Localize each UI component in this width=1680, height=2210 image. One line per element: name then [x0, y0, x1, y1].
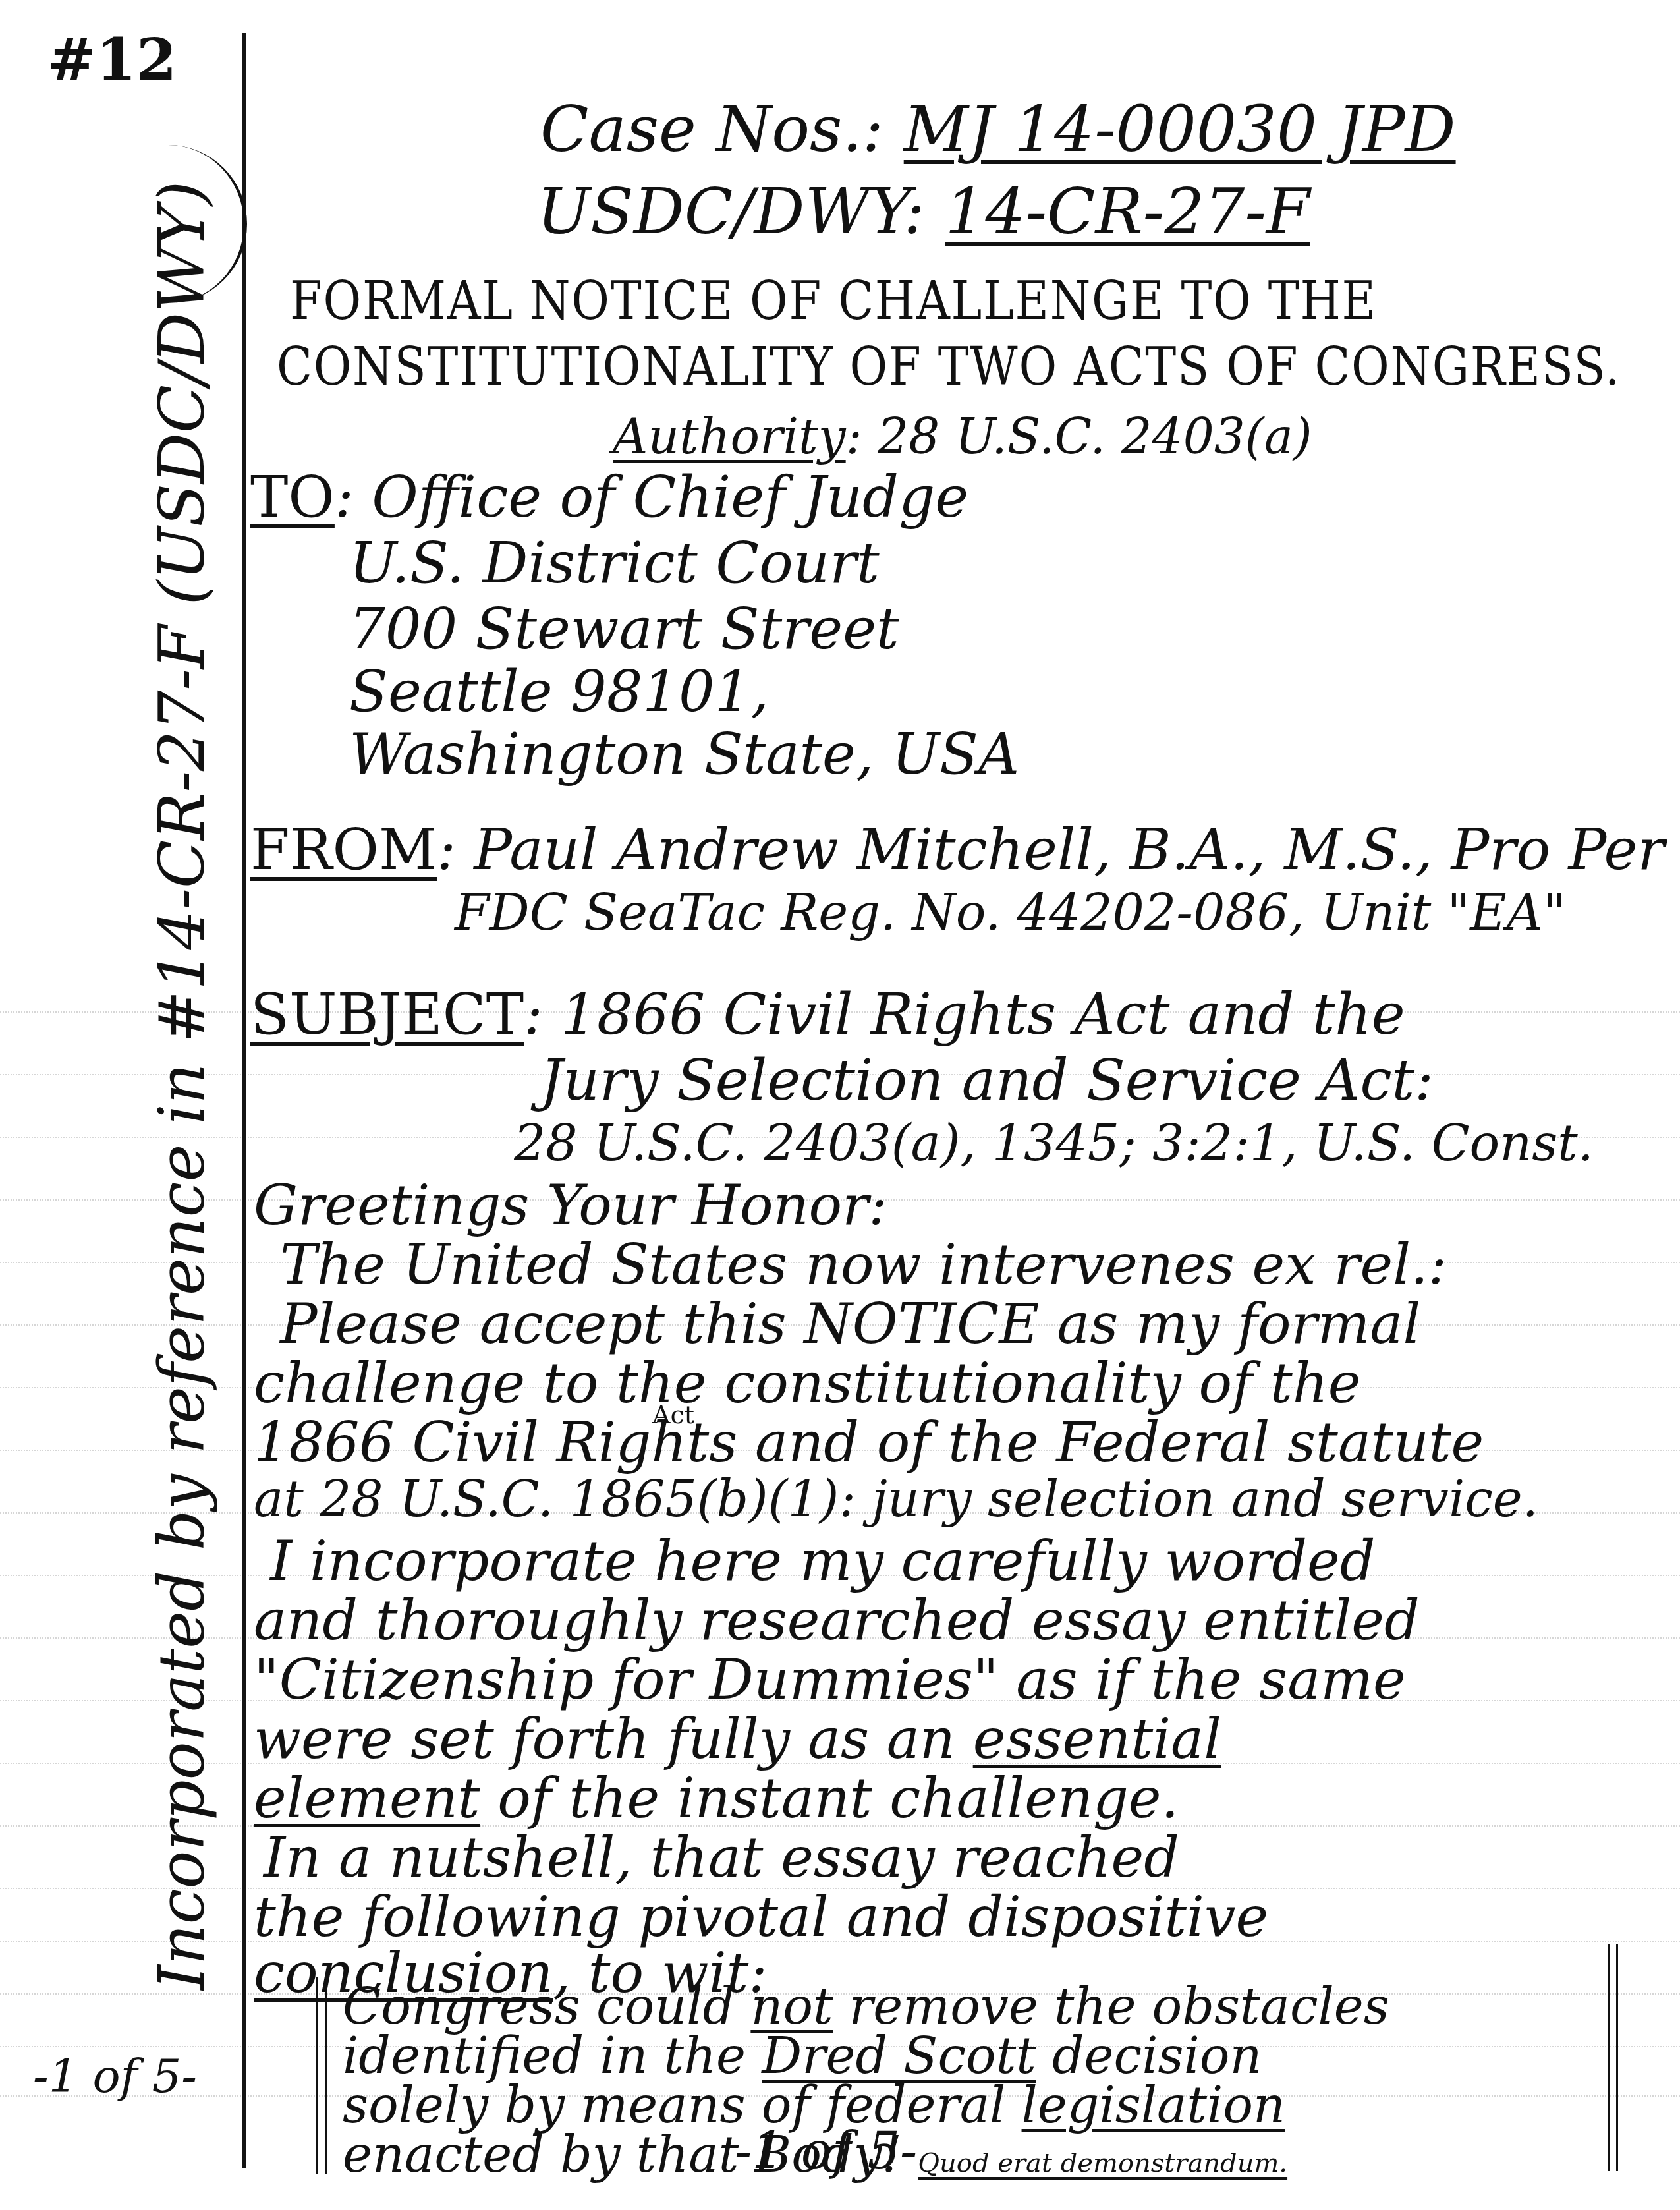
- to-label: TO: [250, 465, 335, 530]
- handwritten-page: #12 Case Nos.: MJ 14-00030 JPD USDC/DWY:…: [0, 0, 1680, 2210]
- page-marker-left: -1 of 5-: [33, 2049, 197, 2103]
- case-number-line: Case Nos.: MJ 14-00030 JPD: [540, 92, 1456, 166]
- authority-line: Authority: 28 U.S.C. 2403(a): [613, 409, 1312, 465]
- body-line: the following pivotal and dispositive: [254, 1884, 1268, 1949]
- page-footer: -1 of 5-: [735, 2122, 917, 2181]
- subject-line: Jury Selection and Service Act:: [540, 1048, 1434, 1114]
- usdc-number-line: USDC/DWY: 14-CR-27-F: [537, 175, 1310, 248]
- body-line: at 28 U.S.C. 1865(b)(1): jury selection …: [254, 1469, 1538, 1528]
- emphasis-essential: essential: [973, 1707, 1221, 1771]
- body-line: In a nutshell, that essay reached: [264, 1825, 1179, 1890]
- body-line: Please accept this NOTICE as my formal: [280, 1291, 1420, 1356]
- to-line: U.S. District Court: [349, 530, 880, 596]
- title-line-2: CONSTITUTIONALITY OF TWO ACTS OF CONGRES…: [277, 336, 1621, 397]
- to-block-line-1: TO: Office of Chief Judge: [250, 465, 968, 530]
- body-line-with-emphasis: were set forth fully as an essential: [254, 1707, 1221, 1771]
- to-line: Washington State, USA: [349, 722, 1019, 787]
- usdc-number-value: 14-CR-27-F: [945, 175, 1310, 248]
- to-line: Seattle 98101,: [349, 659, 769, 725]
- from-label: FROM: [250, 817, 437, 883]
- body-text: of the instant challenge.: [497, 1766, 1179, 1830]
- emphasis-element: element: [254, 1766, 480, 1830]
- from-line: Paul Andrew Mitchell, B.A., M.S., Pro Pe…: [474, 817, 1664, 883]
- qed-note: Quod erat demonstrandum.: [918, 2148, 1287, 2178]
- body-line: The United States now intervenes ex rel.…: [280, 1232, 1447, 1297]
- usdc-number-label: USDC/DWY:: [537, 175, 925, 248]
- case-number-value: MJ 14-00030 JPD: [904, 92, 1456, 166]
- margin-rule: [242, 33, 246, 2168]
- to-line: 700 Stewart Street: [349, 596, 899, 662]
- authority-label: Authority: [613, 409, 846, 465]
- authority-value: : 28 U.S.C. 2403(a): [846, 409, 1312, 465]
- case-number-label: Case Nos.:: [540, 92, 883, 166]
- subject-line: 28 U.S.C. 2403(a), 1345; 3:2:1, U.S. Con…: [514, 1114, 1594, 1172]
- inserted-word-act: Act: [652, 1400, 694, 1429]
- quote-box-right-bar: [1608, 1944, 1618, 2171]
- body-line-with-emphasis: element of the instant challenge.: [254, 1766, 1179, 1830]
- body-text: were set forth fully as an: [254, 1707, 955, 1771]
- body-line: and thoroughly researched essay entitled: [254, 1588, 1420, 1653]
- subject-label: SUBJECT: [250, 982, 524, 1048]
- from-block-line-1: FROM: Paul Andrew Mitchell, B.A., M.S., …: [250, 817, 1665, 883]
- from-line: FDC SeaTac Reg. No. 44202-086, Unit "EA": [455, 883, 1566, 942]
- title-line-1: FORMAL NOTICE OF CHALLENGE TO THE: [290, 270, 1377, 331]
- subject-line: 1866 Civil Rights Act and the: [561, 982, 1405, 1048]
- body-line: challenge to the constitutionality of th…: [254, 1351, 1361, 1415]
- greeting: Greetings Your Honor:: [254, 1173, 887, 1237]
- body-line: I incorporate here my carefully worded: [270, 1529, 1376, 1593]
- to-line: Office of Chief Judge: [372, 465, 968, 530]
- quote-box-left-bar: [316, 1977, 327, 2174]
- subject-block-line-1: SUBJECT: 1866 Civil Rights Act and the: [250, 982, 1405, 1048]
- body-line: 1866 Civil Rights and of the Federal sta…: [254, 1410, 1484, 1475]
- margin-annotation: Incorporated by reference in #14-CR-27-F…: [145, 181, 219, 1990]
- document-number: #12: [47, 25, 177, 94]
- body-line: "Citizenship for Dummies" as if the same: [254, 1647, 1406, 1712]
